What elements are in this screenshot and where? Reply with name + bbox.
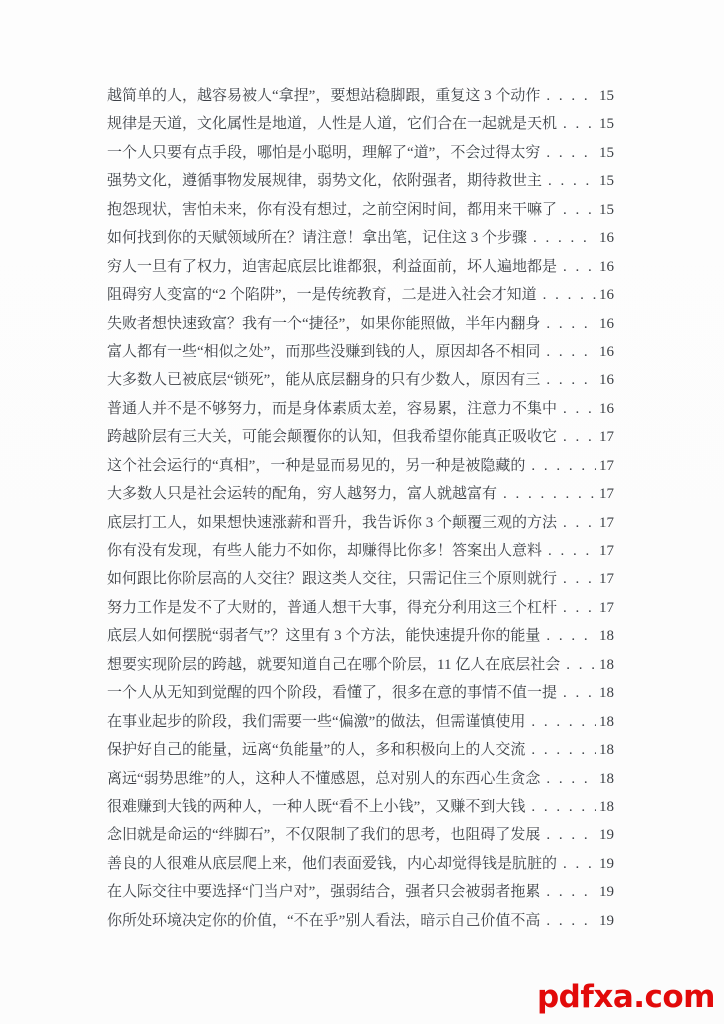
- toc-entry-dot-leader: . . . . . . . . . . . . . . . . . . . . …: [540, 372, 596, 389]
- toc-entry-dot-leader: . . . . . . . . . . . . . . . . . . . . …: [540, 344, 596, 361]
- toc-entry-title: 大多数人已被底层“锁死”，能从底层翻身的只有少数人，原因有三: [107, 368, 540, 389]
- toc-entry-title: 普通人并不是不够努力，而是身体素质太差，容易累，注意力不集中: [107, 397, 557, 418]
- toc-entry: 离远“弱势思维”的人，这种人不懂感恩，总对别人的东西心生贪念. . . . . …: [107, 767, 614, 795]
- toc-entry-dot-leader: . . . . . . . . . . . . . . . . . . . . …: [557, 116, 596, 133]
- toc-entry: 穷人一旦有了权力，迫害起底层比谁都狠，利益面前，坏人遍地都是. . . . . …: [107, 255, 614, 283]
- toc-entry-dot-leader: . . . . . . . . . . . . . . . . . . . . …: [540, 884, 596, 901]
- toc-entry-page-number: 15: [596, 202, 614, 219]
- toc-entry: 努力工作是发不了大财的，普通人想干大事，得充分利用这三个杠杆. . . . . …: [107, 596, 614, 624]
- toc-entry-dot-leader: . . . . . . . . . . . . . . . . . . . . …: [560, 657, 596, 674]
- toc-entry-page-number: 18: [596, 714, 614, 731]
- toc-entry-page-number: 19: [596, 856, 614, 873]
- toc-entry-page-number: 16: [596, 372, 614, 389]
- toc-entry-title: 穷人一旦有了权力，迫害起底层比谁都狠，利益面前，坏人遍地都是: [107, 255, 557, 276]
- toc-entry-page-number: 17: [596, 486, 614, 503]
- toc-entry-page-number: 17: [596, 458, 614, 475]
- toc-entry-dot-leader: . . . . . . . . . . . . . . . . . . . . …: [557, 259, 596, 276]
- toc-entry-title: 一个人只要有点手段，哪怕是小聪明，理解了“道”，不会过得太穷: [107, 141, 540, 162]
- toc-entry-title: 在人际交往中要选择“门当户对”，强弱结合，强者只会被弱者拖累: [107, 880, 540, 901]
- toc-entry-page-number: 18: [596, 799, 614, 816]
- toc-entry-dot-leader: . . . . . . . . . . . . . . . . . . . . …: [525, 458, 596, 475]
- watermark-text: pdfxa.com: [537, 982, 715, 1013]
- toc-entry: 底层打工人，如果想快速涨薪和晋升，我告诉你 3 个颠覆三观的方法. . . . …: [107, 511, 614, 539]
- toc-entry-page-number: 18: [596, 771, 614, 788]
- toc-entry-page-number: 16: [596, 316, 614, 333]
- toc-entry-dot-leader: . . . . . . . . . . . . . . . . . . . . …: [540, 88, 596, 105]
- toc-entry-page-number: 18: [596, 628, 614, 645]
- toc-entry: 你所处环境决定你的价值，“不在乎”别人看法，暗示自己价值不高. . . . . …: [107, 909, 614, 937]
- toc-entry-title: 富人都有一些“相似之处”，而那些没赚到钱的人，原因却各不相同: [107, 340, 540, 361]
- toc-entry-title: 在事业起步的阶段，我们需要一些“偏激”的做法，但需谨慎使用: [107, 710, 525, 731]
- toc-entry-dot-leader: . . . . . . . . . . . . . . . . . . . . …: [525, 742, 596, 759]
- toc-entry-title: 如何跟比你阶层高的人交往？跟这类人交往，只需记住三个原则就行: [107, 567, 557, 588]
- toc-entry: 善良的人很难从底层爬上来，他们表面爱钱，内心却觉得钱是肮脏的. . . . . …: [107, 852, 614, 880]
- toc-entry-dot-leader: . . . . . . . . . . . . . . . . . . . . …: [557, 856, 596, 873]
- toc-entry-title: 保护好自己的能量，远离“负能量”的人，多和积极向上的人交流: [107, 738, 525, 759]
- toc-entry-title: 离远“弱势思维”的人，这种人不懂感恩，总对别人的东西心生贪念: [107, 767, 540, 788]
- toc-entry: 越简单的人，越容易被人“拿捏”，要想站稳脚跟，重复这 3 个动作. . . . …: [107, 84, 614, 112]
- toc-entry-title: 念旧就是命运的“绊脚石”，不仅限制了我们的思考，也阻碍了发展: [107, 823, 540, 844]
- toc-entry-page-number: 17: [596, 600, 614, 617]
- toc-entry: 一个人只要有点手段，哪怕是小聪明，理解了“道”，不会过得太穷. . . . . …: [107, 141, 614, 169]
- toc-entry-title: 善良的人很难从底层爬上来，他们表面爱钱，内心却觉得钱是肮脏的: [107, 852, 557, 873]
- toc-entry-title: 抱怨现状，害怕未来，你有没有想过，之前空闲时间，都用来干嘛了: [107, 198, 557, 219]
- toc-entry-dot-leader: . . . . . . . . . . . . . . . . . . . . …: [540, 913, 596, 930]
- toc-entry-dot-leader: . . . . . . . . . . . . . . . . . . . . …: [542, 543, 596, 560]
- toc-entry-dot-leader: . . . . . . . . . . . . . . . . . . . . …: [525, 714, 596, 731]
- toc-entry: 很难赚到大钱的两种人，一种人既“看不上小钱”，又赚不到大钱. . . . . .…: [107, 795, 614, 823]
- toc-entry-page-number: 19: [596, 884, 614, 901]
- toc-entry-dot-leader: . . . . . . . . . . . . . . . . . . . . …: [527, 230, 596, 247]
- toc-entry-page-number: 15: [596, 88, 614, 105]
- toc-entry-page-number: 16: [596, 344, 614, 361]
- toc-entry-page-number: 19: [596, 913, 614, 930]
- toc-entry-title: 失败者想快速致富？我有一个“捷径”，如果你能照做，半年内翻身: [107, 312, 540, 333]
- toc-entry-dot-leader: . . . . . . . . . . . . . . . . . . . . …: [540, 145, 596, 162]
- toc-entry-title: 规律是天道，文化属性是地道，人性是人道，它们合在一起就是天机: [107, 112, 557, 133]
- toc-entry-dot-leader: . . . . . . . . . . . . . . . . . . . . …: [537, 287, 596, 304]
- toc-entry-title: 底层人如何摆脱“弱者气”？这里有 3 个方法，能快速提升你的能量: [107, 624, 540, 645]
- toc-entry-page-number: 17: [596, 515, 614, 532]
- toc-entry-title: 你所处环境决定你的价值，“不在乎”别人看法，暗示自己价值不高: [107, 909, 540, 930]
- toc-entry: 保护好自己的能量，远离“负能量”的人，多和积极向上的人交流. . . . . .…: [107, 738, 614, 766]
- toc-entry-dot-leader: . . . . . . . . . . . . . . . . . . . . …: [540, 628, 596, 645]
- toc-entry-title: 一个人从无知到觉醒的四个阶段，看懂了，很多在意的事情不值一提: [107, 681, 557, 702]
- toc-entry-page-number: 18: [596, 685, 614, 702]
- toc-entry: 阻碍穷人变富的“2 个陷阱”，一是传统教育，二是进入社会才知道. . . . .…: [107, 283, 614, 311]
- toc-entry-page-number: 15: [596, 173, 614, 190]
- toc-entry-page-number: 16: [596, 230, 614, 247]
- toc-entry-page-number: 17: [596, 571, 614, 588]
- toc-entry-title: 努力工作是发不了大财的，普通人想干大事，得充分利用这三个杠杆: [107, 596, 557, 617]
- toc-entry-title: 底层打工人，如果想快速涨薪和晋升，我告诉你 3 个颠覆三观的方法: [107, 511, 557, 532]
- toc-entry: 普通人并不是不够努力，而是身体素质太差，容易累，注意力不集中. . . . . …: [107, 397, 614, 425]
- toc-entry-title: 跨越阶层有三大关，可能会颠覆你的认知，但我希望你能真正吸收它: [107, 425, 557, 446]
- toc-entry-page-number: 16: [596, 401, 614, 418]
- toc-entry-page-number: 19: [596, 827, 614, 844]
- toc-entry-page-number: 15: [596, 116, 614, 133]
- toc-entry-dot-leader: . . . . . . . . . . . . . . . . . . . . …: [525, 799, 596, 816]
- toc-entry: 失败者想快速致富？我有一个“捷径”，如果你能照做，半年内翻身. . . . . …: [107, 312, 614, 340]
- toc-entry: 想要实现阶层的跨越，就要知道自己在哪个阶层，11 亿人在底层社会. . . . …: [107, 653, 614, 681]
- toc-entry-title: 越简单的人，越容易被人“拿捏”，要想站稳脚跟，重复这 3 个动作: [107, 84, 540, 105]
- toc-entry-title: 你有没有发现，有些人能力不如你，却赚得比你多！答案出人意料: [107, 539, 542, 560]
- toc-entry-page-number: 15: [596, 145, 614, 162]
- toc-entry: 念旧就是命运的“绊脚石”，不仅限制了我们的思考，也阻碍了发展. . . . . …: [107, 823, 614, 851]
- toc-entry-title: 想要实现阶层的跨越，就要知道自己在哪个阶层，11 亿人在底层社会: [107, 653, 560, 674]
- toc-entry-dot-leader: . . . . . . . . . . . . . . . . . . . . …: [557, 600, 596, 617]
- toc-entry-title: 大多数人只是社会运转的配角，穷人越努力，富人就越富有: [107, 482, 497, 503]
- toc-entry-page-number: 18: [596, 657, 614, 674]
- toc-entry-title: 如何找到你的天赋领域所在？请注意！拿出笔，记住这 3 个步骤: [107, 226, 527, 247]
- toc-entry: 在人际交往中要选择“门当户对”，强弱结合，强者只会被弱者拖累. . . . . …: [107, 880, 614, 908]
- toc-entry: 规律是天道，文化属性是地道，人性是人道，它们合在一起就是天机. . . . . …: [107, 112, 614, 140]
- toc-entry-dot-leader: . . . . . . . . . . . . . . . . . . . . …: [557, 401, 596, 418]
- toc-entry: 如何找到你的天赋领域所在？请注意！拿出笔，记住这 3 个步骤. . . . . …: [107, 226, 614, 254]
- toc-entry: 大多数人已被底层“锁死”，能从底层翻身的只有少数人，原因有三. . . . . …: [107, 368, 614, 396]
- toc-entry-dot-leader: . . . . . . . . . . . . . . . . . . . . …: [557, 571, 596, 588]
- toc-entry-page-number: 16: [596, 259, 614, 276]
- toc-entry: 抱怨现状，害怕未来，你有没有想过，之前空闲时间，都用来干嘛了. . . . . …: [107, 198, 614, 226]
- toc-entry-dot-leader: . . . . . . . . . . . . . . . . . . . . …: [557, 202, 596, 219]
- toc-entry-title: 阻碍穷人变富的“2 个陷阱”，一是传统教育，二是进入社会才知道: [107, 283, 537, 304]
- toc-entry: 一个人从无知到觉醒的四个阶段，看懂了，很多在意的事情不值一提. . . . . …: [107, 681, 614, 709]
- toc-list: 越简单的人，越容易被人“拿捏”，要想站稳脚跟，重复这 3 个动作. . . . …: [107, 84, 614, 937]
- toc-entry-page-number: 17: [596, 543, 614, 560]
- toc-entry-dot-leader: . . . . . . . . . . . . . . . . . . . . …: [557, 429, 596, 446]
- toc-entry: 底层人如何摆脱“弱者气”？这里有 3 个方法，能快速提升你的能量. . . . …: [107, 624, 614, 652]
- toc-entry: 富人都有一些“相似之处”，而那些没赚到钱的人，原因却各不相同. . . . . …: [107, 340, 614, 368]
- toc-entry-dot-leader: . . . . . . . . . . . . . . . . . . . . …: [540, 827, 596, 844]
- toc-entry: 这个社会运行的“真相”，一种是显而易见的，另一种是被隐藏的. . . . . .…: [107, 454, 614, 482]
- toc-entry-dot-leader: . . . . . . . . . . . . . . . . . . . . …: [497, 486, 596, 503]
- toc-entry-dot-leader: . . . . . . . . . . . . . . . . . . . . …: [557, 685, 596, 702]
- toc-entry: 如何跟比你阶层高的人交往？跟这类人交往，只需记住三个原则就行. . . . . …: [107, 567, 614, 595]
- toc-entry-dot-leader: . . . . . . . . . . . . . . . . . . . . …: [557, 515, 596, 532]
- toc-entry-page-number: 17: [596, 429, 614, 446]
- toc-entry: 跨越阶层有三大关，可能会颠覆你的认知，但我希望你能真正吸收它. . . . . …: [107, 425, 614, 453]
- toc-entry-dot-leader: . . . . . . . . . . . . . . . . . . . . …: [542, 173, 596, 190]
- toc-entry-page-number: 18: [596, 742, 614, 759]
- toc-entry: 你有没有发现，有些人能力不如你，却赚得比你多！答案出人意料. . . . . .…: [107, 539, 614, 567]
- toc-entry-dot-leader: . . . . . . . . . . . . . . . . . . . . …: [540, 771, 596, 788]
- toc-entry: 在事业起步的阶段，我们需要一些“偏激”的做法，但需谨慎使用. . . . . .…: [107, 710, 614, 738]
- toc-entry-title: 强势文化，遵循事物发展规律，弱势文化，依附强者，期待救世主: [107, 169, 542, 190]
- toc-entry: 大多数人只是社会运转的配角，穷人越努力，富人就越富有. . . . . . . …: [107, 482, 614, 510]
- toc-entry-title: 很难赚到大钱的两种人，一种人既“看不上小钱”，又赚不到大钱: [107, 795, 525, 816]
- toc-entry: 强势文化，遵循事物发展规律，弱势文化，依附强者，期待救世主. . . . . .…: [107, 169, 614, 197]
- toc-entry-dot-leader: . . . . . . . . . . . . . . . . . . . . …: [540, 316, 596, 333]
- toc-entry-page-number: 16: [596, 287, 614, 304]
- toc-entry-title: 这个社会运行的“真相”，一种是显而易见的，另一种是被隐藏的: [107, 454, 525, 475]
- document-page: 越简单的人，越容易被人“拿捏”，要想站稳脚跟，重复这 3 个动作. . . . …: [0, 0, 724, 1024]
